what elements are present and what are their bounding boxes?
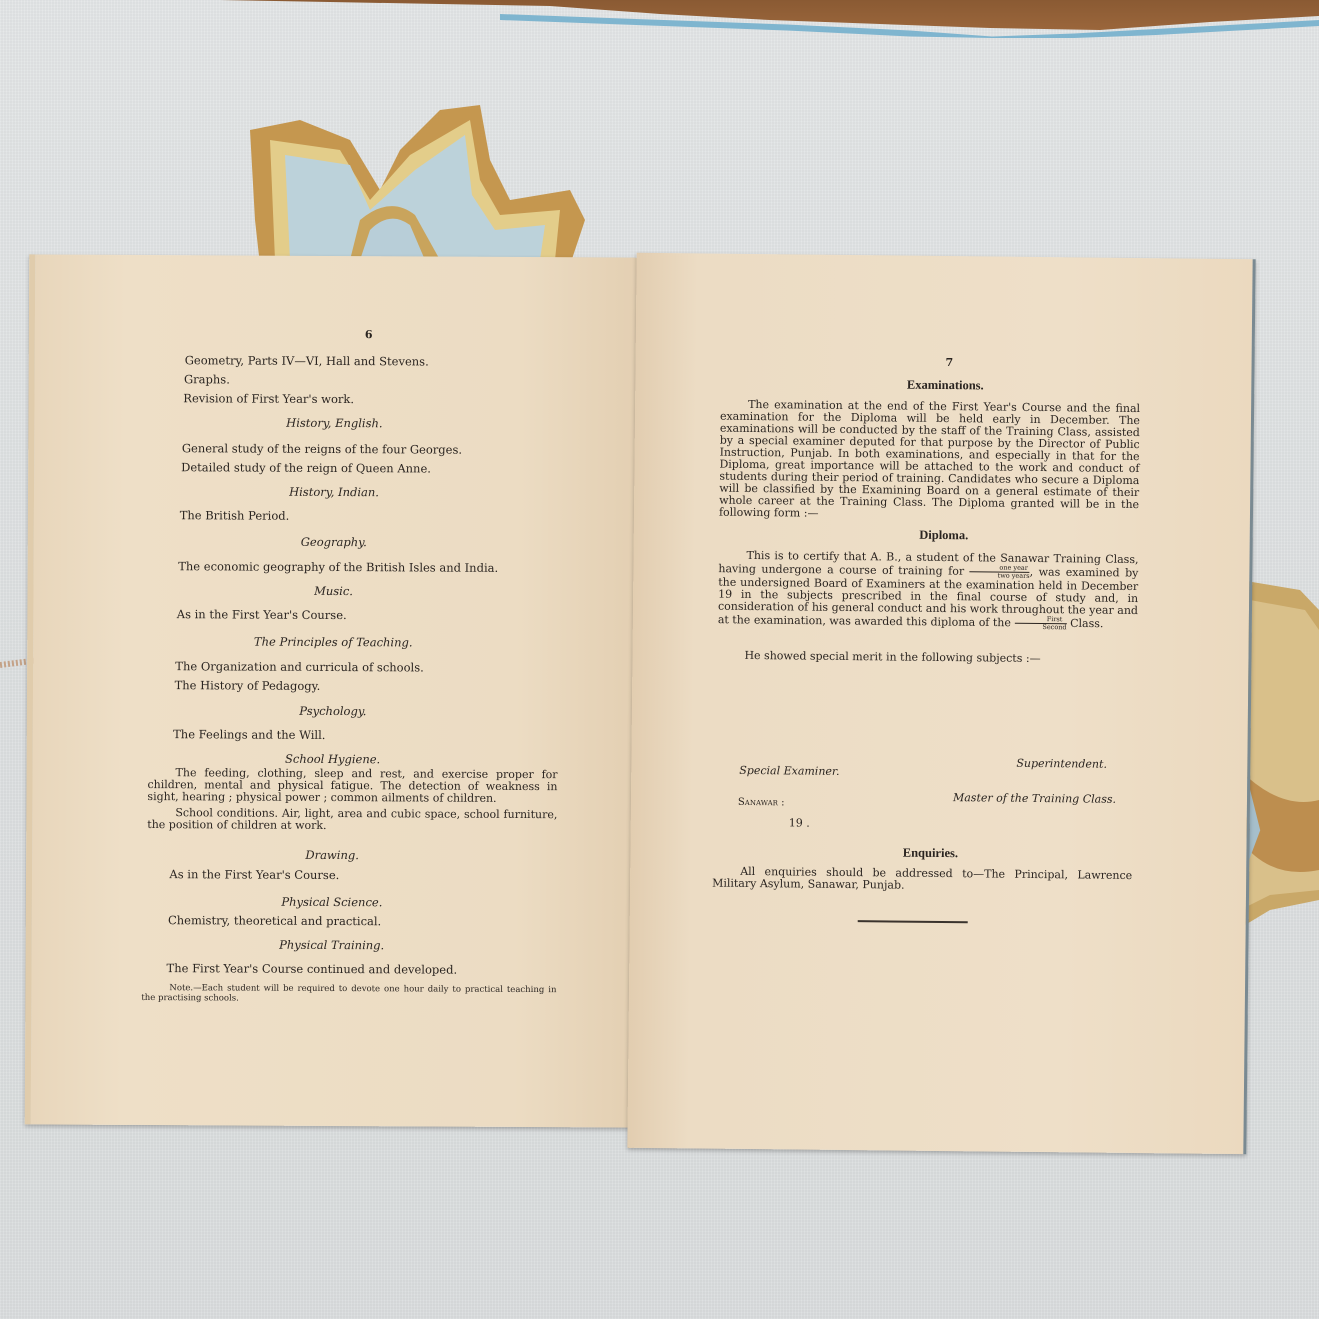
- master-signature: Master of the Training Class.: [953, 791, 1116, 806]
- section-heading: Physical Training.: [152, 935, 512, 955]
- year-label: 19 .: [789, 816, 810, 829]
- list-item: Detailed study of the reign of Queen Ann…: [181, 458, 431, 477]
- section-heading: History, English.: [154, 413, 514, 433]
- section-heading: Geography.: [154, 532, 514, 552]
- section-heading: Psychology.: [153, 701, 513, 721]
- list-item: Revision of First Year's work.: [183, 389, 354, 408]
- left-page: 6 Geometry, Parts IV—VI, Hall and Steven…: [25, 254, 640, 1127]
- list-item: The economic geography of the British Is…: [178, 557, 498, 577]
- examinations-heading: Examinations.: [835, 375, 1055, 395]
- paragraph: The feeding, clothing, sleep and rest, a…: [147, 767, 557, 805]
- section-heading: Physical Science.: [152, 892, 512, 912]
- list-item: Chemistry, theoretical and practical.: [168, 911, 381, 930]
- place-label: Sanawar :: [738, 797, 785, 808]
- diploma-text: This is to certify that A. B., a student…: [718, 550, 1139, 632]
- list-item: As in the First Year's Course.: [177, 605, 347, 624]
- examinations-text: The examination at the end of the First …: [719, 399, 1140, 523]
- list-item: The Organization and curricula of school…: [175, 657, 424, 676]
- embroidered-flower-top: [240, 100, 600, 270]
- section-heading: History, Indian.: [154, 482, 514, 502]
- end-rule: [858, 920, 968, 923]
- diploma-heading: Diploma.: [834, 525, 1054, 545]
- section-heading: Music.: [153, 581, 513, 601]
- footnote: Note.—Each student will be required to d…: [141, 983, 556, 1005]
- page-number: 7: [946, 356, 954, 369]
- class-option: Second: [1014, 624, 1066, 632]
- page-number: 6: [365, 328, 373, 341]
- superintendent-signature: Superintendent.: [1016, 757, 1107, 771]
- merit-line: He showed special merit in the following…: [744, 647, 1040, 668]
- list-item: General study of the reigns of the four …: [182, 439, 462, 458]
- list-item: Graphs.: [184, 370, 230, 388]
- list-item: The History of Pedagogy.: [175, 676, 321, 695]
- list-item: Geometry, Parts IV—VI, Hall and Stevens.: [185, 351, 429, 370]
- list-item: The Feelings and the Will.: [173, 725, 325, 744]
- class-fraction: FirstSecond: [1014, 616, 1066, 632]
- section-heading: The Principles of Teaching.: [153, 632, 513, 652]
- list-item: The First Year's Course continued and de…: [166, 959, 457, 979]
- enquiries-heading: Enquiries.: [820, 843, 1040, 863]
- list-item: As in the First Year's Course.: [169, 865, 339, 884]
- diploma-text-part: Class.: [1070, 617, 1103, 630]
- enquiries-text: All enquiries should be addressed to—The…: [712, 866, 1132, 894]
- right-page: 7 Examinations. The examination at the e…: [627, 253, 1255, 1154]
- paragraph: School conditions. Air, light, area and …: [147, 807, 557, 833]
- list-item: The British Period.: [180, 506, 290, 525]
- section-heading: Drawing.: [152, 845, 512, 865]
- special-examiner-signature: Special Examiner.: [739, 764, 839, 778]
